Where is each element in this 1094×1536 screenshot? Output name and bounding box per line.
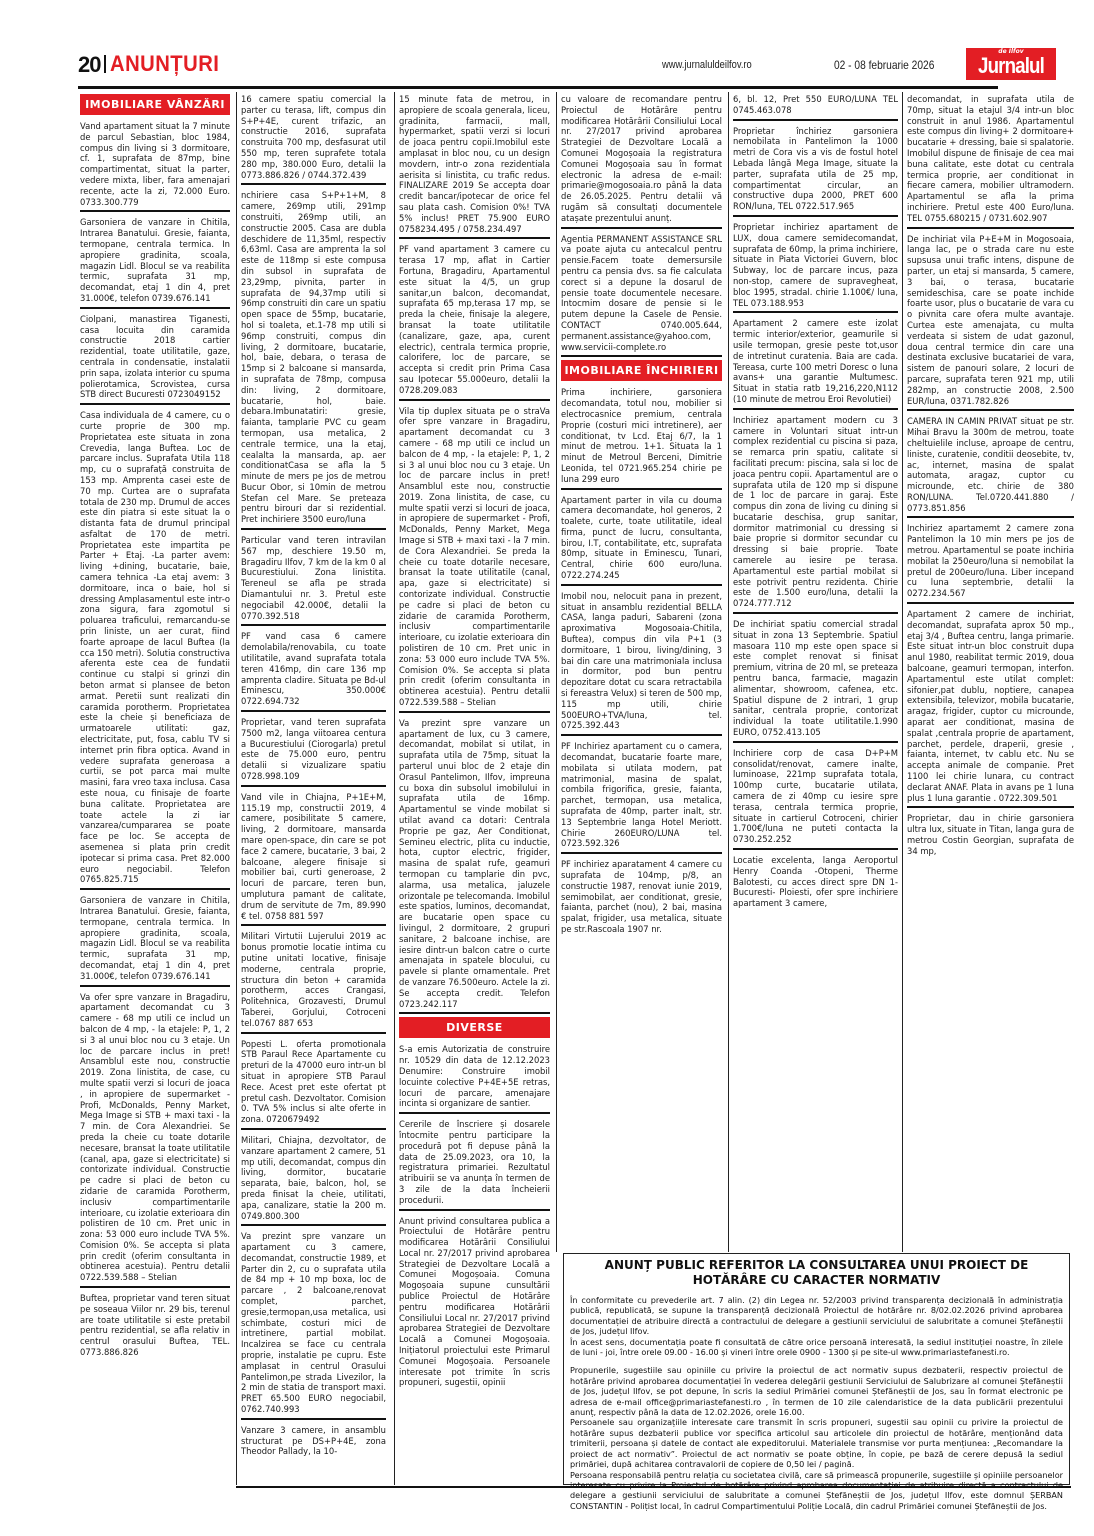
classified-ad: Militari, Chiajna, dezvoltator, de vanza… (241, 1133, 386, 1226)
column-4: cu valoare de recomandare pentru Proiect… (556, 92, 722, 1252)
classified-ad: Imobil nou, nelocuit pana in prezent, si… (561, 589, 722, 736)
classified-ad: Proprietar inchiriez apartament de LUX, … (733, 220, 898, 313)
notice-paragraph: Propunerile, sugestiile sau opiniile cu … (570, 1365, 1063, 1417)
classified-ad: Popesti L. oferta promotionala STB Parau… (241, 1037, 386, 1130)
classified-ad: Locatie excelenta, langa Aeroportul Henr… (733, 853, 898, 912)
classified-ad: Casa individuala de 4 camere, cu o curte… (80, 408, 230, 890)
classified-ad: Inchiriez apartamemt 2 camere zona Pante… (907, 521, 1074, 604)
classified-ad: Buftea, proprietar vand teren situat pe … (80, 1291, 230, 1361)
classified-ad: Proprietar, vand teren suprafata 7500 m2… (241, 715, 386, 787)
classified-ad: Militari Virtutii Lujerului 2019 ac bonu… (241, 929, 386, 1033)
bottom-divider (236, 1486, 1071, 1488)
misc-ad: Cererile de înscriere și dosarele întocm… (399, 1117, 550, 1210)
classified-ad: Prima inchiriere, garsoniera decomandata… (561, 385, 722, 489)
logo-title: Jurnalul (973, 55, 1050, 77)
website-link[interactable]: www.jurnaluldeilfov.ro (662, 59, 752, 71)
classified-ad: CAMERA IN CAMIN PRIVAT situat pe str. Mi… (907, 414, 1074, 518)
column-2: 16 camere spatiu comercial la parter cu … (236, 92, 386, 1485)
classified-ad: Vand apartament situat la 7 minute de pa… (80, 119, 230, 212)
classified-ad: Va ofer spre vanzare in Bragadiru, apart… (80, 990, 230, 1289)
classified-ad: Va prezint spre vanzare un apartament de… (399, 716, 550, 1015)
notice-paragraph: În acest sens, documentația poate fi con… (570, 1337, 1063, 1358)
header-divider (78, 86, 998, 89)
classified-ad: De inchiriat spatiu comercial stradal si… (733, 617, 898, 743)
classified-ad: PF vand casa 6 camere demolabila/renovab… (241, 629, 386, 712)
section-title: ANUNȚURI (110, 51, 219, 77)
classified-ad: Apartament 2 camere de inchiriat, decoma… (907, 607, 1074, 808)
public-notice-box: ANUNȚ PUBLIC REFERITOR LA CONSULTAREA UN… (563, 1253, 1070, 1485)
category-header-sales: IMOBILIARE VÂNZĂRI (80, 94, 230, 115)
misc-ad: Agentia PERMANENT ASSISTANCE SRL va poat… (561, 232, 722, 358)
notice-paragraph: Persoana responsabilă pentru relația cu … (570, 1470, 1063, 1512)
misc-ad: cu valoare de recomandare pentru Proiect… (561, 92, 722, 229)
classified-ad: Va prezint spre vanzare un apartament cu… (241, 1229, 386, 1420)
page-number: 20 (78, 52, 100, 78)
newspaper-logo: de Ilfov Jurnalul (966, 48, 1056, 80)
public-notice-title: ANUNȚ PUBLIC REFERITOR LA CONSULTAREA UN… (570, 1258, 1063, 1288)
page-number-divider (104, 55, 106, 73)
classified-ad: 16 camere spatiu comercial la parter cu … (241, 92, 386, 185)
misc-ad: Anunt privind consultarea publica a Proi… (399, 1214, 550, 1392)
classified-ad: Vand vile in Chiajna, P+1E+M, 115.19 mp,… (241, 790, 386, 927)
classified-ad: PF inchiriez aparatament 4 camere cu sup… (561, 857, 722, 938)
classified-ad: Garsoniera de vanzare in Chitila, Intrar… (80, 893, 230, 986)
notice-paragraph: În conformitate cu prevederile art. 7 al… (570, 1295, 1063, 1337)
misc-ad: S-a emis Autorizatia de construire nr. 1… (399, 1042, 550, 1114)
category-header-misc: DIVERSE (399, 1017, 550, 1038)
classified-ad: Apartament 2 camere este izolat termic i… (733, 316, 898, 409)
classified-ad: Particular vand teren intravilan 567 mp,… (241, 533, 386, 626)
classified-ad: PF Inchiriez apartament cu o camera, dec… (561, 739, 722, 854)
classified-ad: Garsoniera de vanzare in Chitila, Intrar… (80, 215, 230, 308)
column-3: 15 minute fata de metrou, in apropiere d… (394, 92, 550, 1485)
classified-ad: PF vand apartament 3 camere cu terasa 17… (399, 242, 550, 400)
category-header-rentals: IMOBILIARE ÎNCHIRIERI (561, 360, 722, 381)
column-6: decomandat, in suprafata utila de 70mp, … (902, 92, 1074, 1252)
classified-ad: Vanzare 3 camere, in ansamblu structurat… (241, 1423, 386, 1460)
classified-ad: Ciolpani, manastirea Tiganesti, casa loc… (80, 312, 230, 405)
classified-ad: 15 minute fata de metrou, in apropiere d… (399, 92, 550, 239)
classified-ad: 6, bl. 12, Pret 550 EURO/LUNA TEL 0745.4… (733, 92, 898, 121)
notice-paragraph: Persoanele sau organizațiile interesate … (570, 1417, 1063, 1469)
classified-ad: decomandat, in suprafata utila de 70mp, … (907, 92, 1074, 229)
issue-date: 02 - 08 februarie 2026 (834, 58, 934, 72)
column-5: 6, bl. 12, Pret 550 EURO/LUNA TEL 0745.4… (728, 92, 898, 1252)
column-1: IMOBILIARE VÂNZĂRI Vand apartament situa… (80, 92, 230, 1364)
classified-ad: Proprietar, dau in chirie garsoniera ult… (907, 811, 1074, 859)
classified-ad: Apartament parter in vila cu douma camer… (561, 493, 722, 586)
classified-ad: Inchiriere corp de casa D+P+M consolidat… (733, 746, 898, 850)
classified-ad: nchiriere casa S+P+1+M, 8 camere, 269mp … (241, 188, 386, 530)
classified-ad: Vila tip duplex situata pe o straVa ofer… (399, 404, 550, 713)
public-notice-body: În conformitate cu prevederile art. 7 al… (570, 1295, 1063, 1511)
page-header: 20 ANUNȚURI www.jurnaluldeilfov.ro 02 - … (78, 46, 1074, 84)
classified-ad: Proprietar închiriez garsoniera nemobila… (733, 124, 898, 217)
classified-ad: De inchiriat vila P+E+M in Mogosoaia, la… (907, 232, 1074, 412)
classified-ad: Inchiriez apartament modern cu 3 camere … (733, 413, 898, 614)
